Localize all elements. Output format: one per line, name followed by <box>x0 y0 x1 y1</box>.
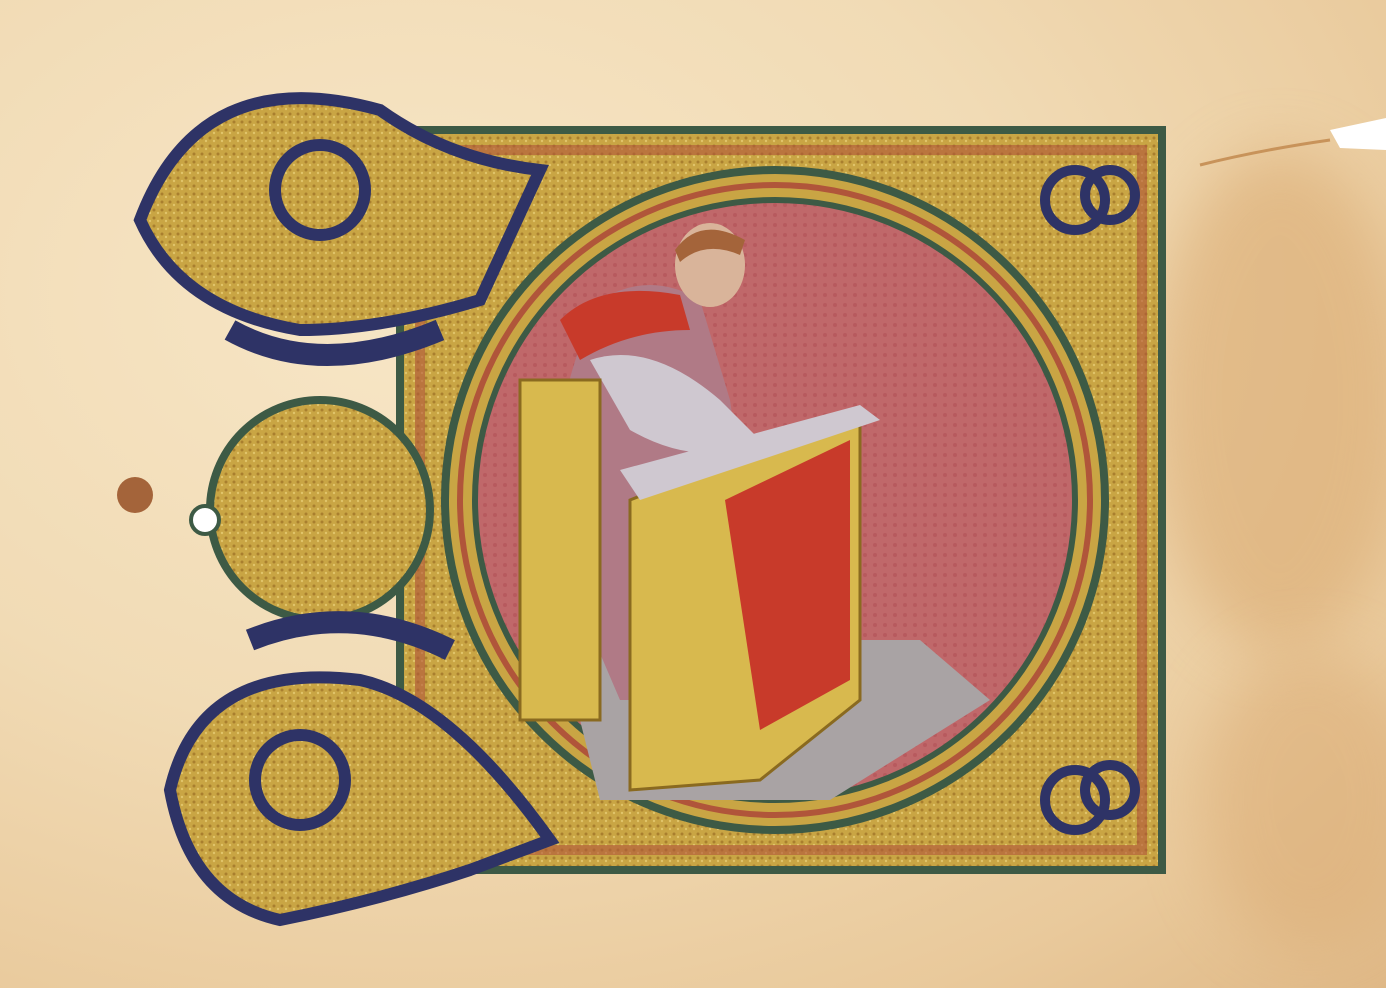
tear <box>1330 118 1386 150</box>
illuminated-initial <box>0 0 1386 988</box>
chair <box>520 380 600 720</box>
